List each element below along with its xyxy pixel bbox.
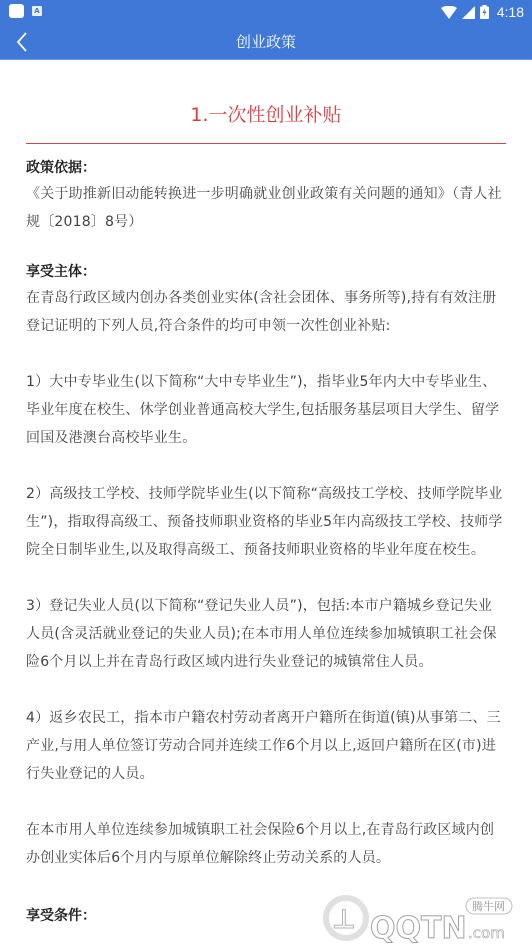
basis-text: 《关于助推新旧动能转换进一步明确就业创业政策有关问题的通知》（青人社规〔2018…: [26, 180, 506, 236]
status-time: 4:18: [497, 4, 524, 20]
signal-icon: [462, 6, 475, 19]
conditions-heading: 享受条件：: [26, 906, 506, 926]
basis-heading: 政策依据：: [26, 158, 506, 178]
page-title: 创业政策: [0, 24, 532, 60]
status-bar: A 4:18: [0, 0, 532, 24]
app-notification-icon: [9, 4, 24, 18]
eligible-item-2: 2）高级技工学校、技师学院毕业生(以下简称“高级技工学校、技师学院毕业生”)，指…: [26, 480, 506, 564]
battery-charging-icon: [480, 5, 489, 19]
policy-title: 1.一次性创业补贴: [26, 103, 506, 127]
app-bar: 创业政策: [0, 24, 532, 60]
subject-heading: 享受主体：: [26, 262, 506, 282]
eligible-item-4: 4）返乡农民工，指本市户籍农村劳动者离开户籍所在街道(镇)从事第二、三产业,与用…: [26, 704, 506, 788]
policy-content[interactable]: 1.一次性创业补贴 政策依据： 《关于助推新旧动能转换进一步明确就业创业政策有关…: [0, 61, 532, 946]
eligible-item-3: 3）登记失业人员(以下简称“登记失业人员”)，包括:本市户籍城乡登记失业人员(含…: [26, 592, 506, 676]
eligible-item-5: 在本市用人单位连续参加城镇职工社会保险6个月以上,在青岛行政区域内创办创业实体后…: [26, 816, 506, 872]
eligible-item-1: 1）大中专毕业生(以下简称“大中专毕业生”)，指毕业5年内大中专毕业生、毕业年度…: [26, 368, 506, 452]
a-notification-icon: A: [32, 6, 42, 16]
subject-intro: 在青岛行政区域内创办各类创业实体(含社会团体、事务所等),持有有效注册登记证明的…: [26, 284, 506, 340]
wifi-icon: [441, 6, 457, 19]
